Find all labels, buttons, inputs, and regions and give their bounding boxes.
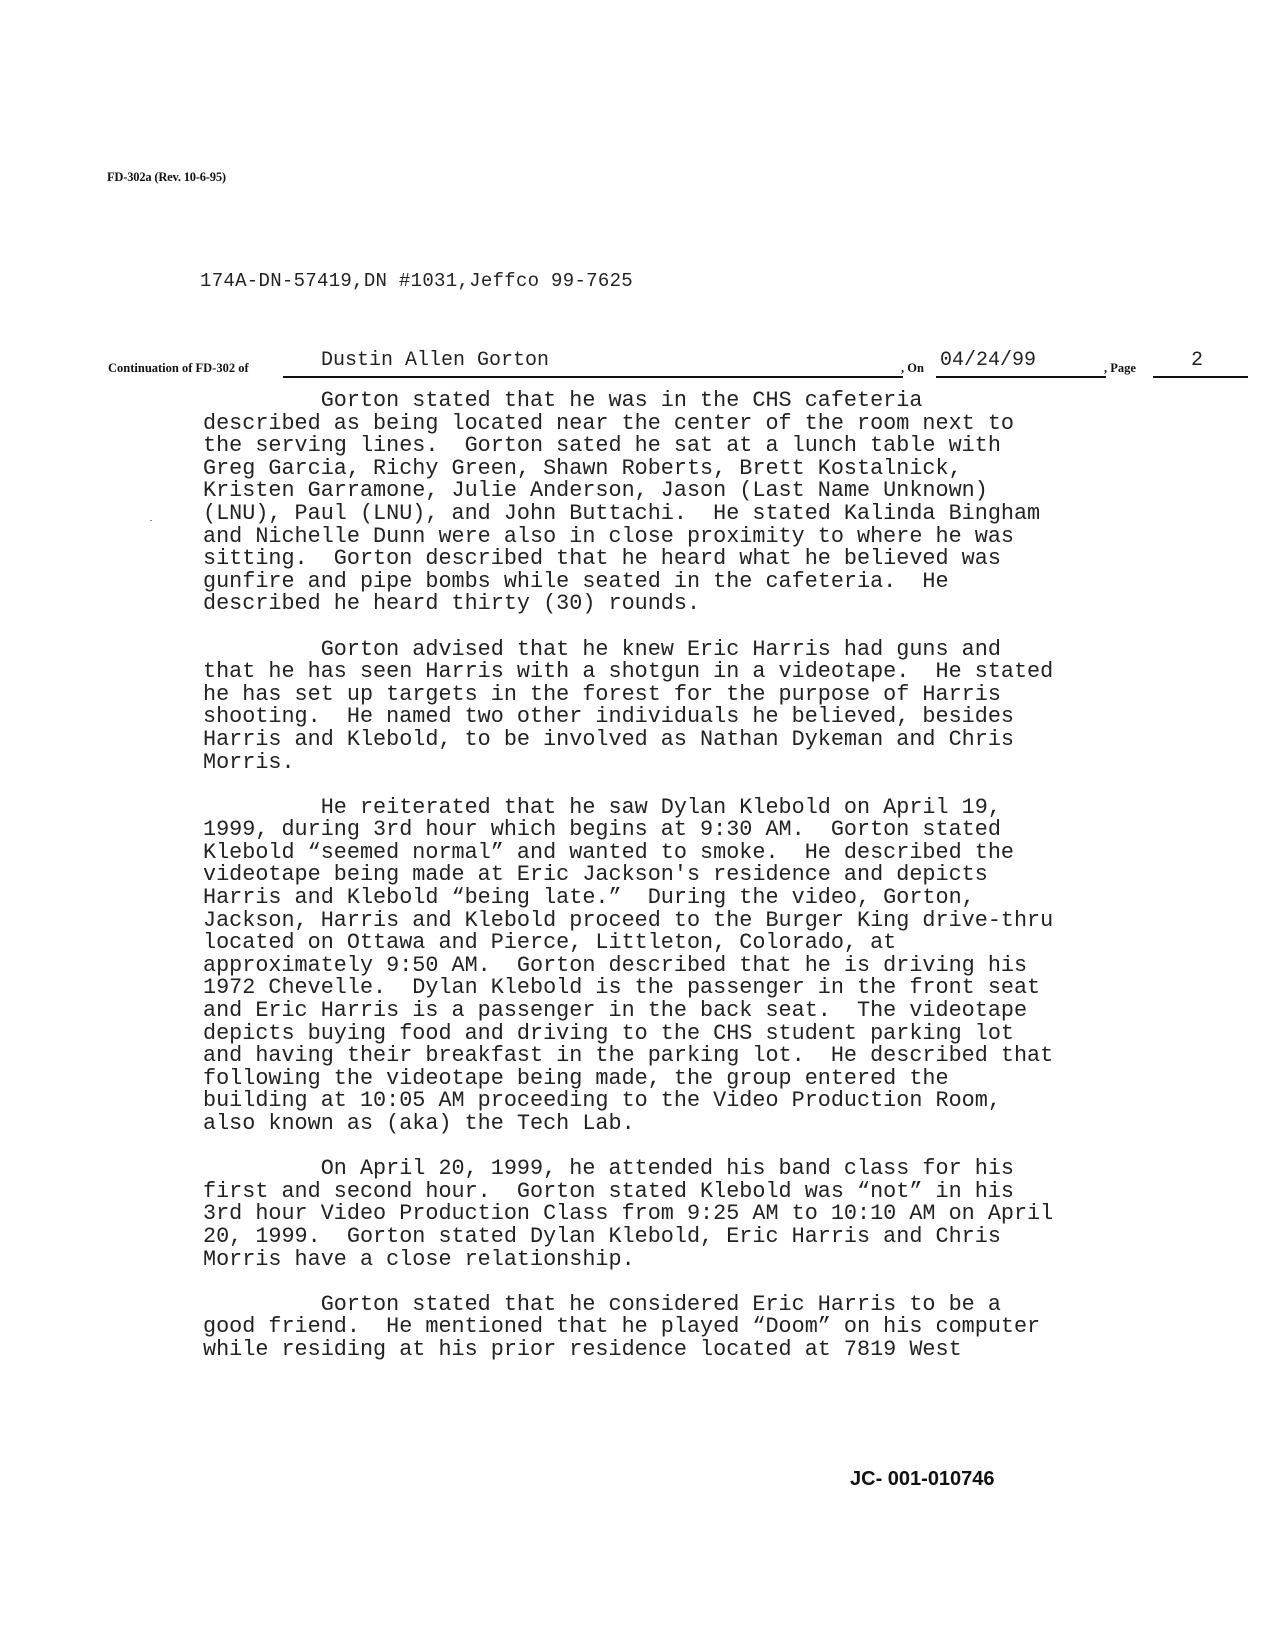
on-label: , On xyxy=(901,361,924,376)
text-line: gunfire and pipe bombs while seated in t… xyxy=(203,571,1103,594)
text-line: building at 10:05 AM proceeding to the V… xyxy=(203,1090,1103,1113)
text-line: depicts buying food and driving to the C… xyxy=(203,1023,1103,1046)
scan-speck xyxy=(150,520,152,521)
text-line: 1999, during 3rd hour which begins at 9:… xyxy=(203,819,1103,842)
text-line: videotape being made at Eric Jackson's r… xyxy=(203,864,1103,887)
text-line: 3rd hour Video Production Class from 9:2… xyxy=(203,1203,1103,1226)
document-body: Gorton stated that he was in the CHS caf… xyxy=(203,390,1103,1384)
text-line: and Eric Harris is a passenger in the ba… xyxy=(203,1000,1103,1023)
file-reference: 174A-DN-57419,DN #1031,Jeffco 99-7625 xyxy=(200,270,633,292)
text-line: also known as (aka) the Tech Lab. xyxy=(203,1113,1103,1136)
page-number: 2 xyxy=(1191,349,1203,372)
paragraph: He reiterated that he saw Dylan Klebold … xyxy=(203,797,1103,1136)
text-line: and having their breakfast in the parkin… xyxy=(203,1045,1103,1068)
paragraph: Gorton advised that he knew Eric Harris … xyxy=(203,639,1103,775)
paragraph: On April 20, 1999, he attended his band … xyxy=(203,1158,1103,1271)
interview-date: 04/24/99 xyxy=(940,349,1036,372)
text-line: Gorton stated that he was in the CHS caf… xyxy=(203,390,1103,413)
date-field: 04/24/99 xyxy=(936,352,1106,378)
subject-name: Dustin Allen Gorton xyxy=(321,349,549,372)
text-line: Gorton stated that he considered Eric Ha… xyxy=(203,1294,1103,1317)
text-line: Morris have a close relationship. xyxy=(203,1249,1103,1272)
text-line: sitting. Gorton described that he heard … xyxy=(203,548,1103,571)
page-label: , Page xyxy=(1104,361,1136,376)
text-line: while residing at his prior residence lo… xyxy=(203,1339,1103,1362)
text-line: first and second hour. Gorton stated Kle… xyxy=(203,1181,1103,1204)
text-line: described he heard thirty (30) rounds. xyxy=(203,593,1103,616)
text-line: described as being located near the cent… xyxy=(203,413,1103,436)
text-line: Harris and Klebold, to be involved as Na… xyxy=(203,729,1103,752)
text-line: Klebold “seemed normal” and wanted to sm… xyxy=(203,842,1103,865)
text-line: shooting. He named two other individuals… xyxy=(203,706,1103,729)
page-field: 2 xyxy=(1153,352,1248,378)
continuation-header: Continuation of FD-302 of Dustin Allen G… xyxy=(108,352,1148,378)
text-line: 1972 Chevelle. Dylan Klebold is the pass… xyxy=(203,977,1103,1000)
text-line: following the videotape being made, the … xyxy=(203,1068,1103,1091)
text-line: Greg Garcia, Richy Green, Shawn Roberts,… xyxy=(203,458,1103,481)
text-line: located on Ottawa and Pierce, Littleton,… xyxy=(203,932,1103,955)
text-line: approximately 9:50 AM. Gorton described … xyxy=(203,955,1103,978)
text-line: Morris. xyxy=(203,752,1103,775)
paragraph: Gorton stated that he considered Eric Ha… xyxy=(203,1294,1103,1362)
text-line: He reiterated that he saw Dylan Klebold … xyxy=(203,797,1103,820)
text-line: Gorton advised that he knew Eric Harris … xyxy=(203,639,1103,662)
text-line: Kristen Garramone, Julie Anderson, Jason… xyxy=(203,480,1103,503)
text-line: Jackson, Harris and Klebold proceed to t… xyxy=(203,910,1103,933)
text-line: the serving lines. Gorton sated he sat a… xyxy=(203,435,1103,458)
text-line: that he has seen Harris with a shotgun i… xyxy=(203,661,1103,684)
continuation-label: Continuation of FD-302 of xyxy=(108,361,249,376)
bates-number: JC- 001-010746 xyxy=(850,1468,995,1491)
text-line: he has set up targets in the forest for … xyxy=(203,684,1103,707)
paragraph: Gorton stated that he was in the CHS caf… xyxy=(203,390,1103,616)
text-line: and Nichelle Dunn were also in close pro… xyxy=(203,526,1103,549)
text-line: On April 20, 1999, he attended his band … xyxy=(203,1158,1103,1181)
text-line: (LNU), Paul (LNU), and John Buttachi. He… xyxy=(203,503,1103,526)
text-line: Harris and Klebold “being late.” During … xyxy=(203,887,1103,910)
form-identifier: FD-302a (Rev. 10-6-95) xyxy=(107,170,226,185)
text-line: good friend. He mentioned that he played… xyxy=(203,1316,1103,1339)
text-line: 20, 1999. Gorton stated Dylan Klebold, E… xyxy=(203,1226,1103,1249)
subject-name-field: Dustin Allen Gorton xyxy=(283,352,903,378)
